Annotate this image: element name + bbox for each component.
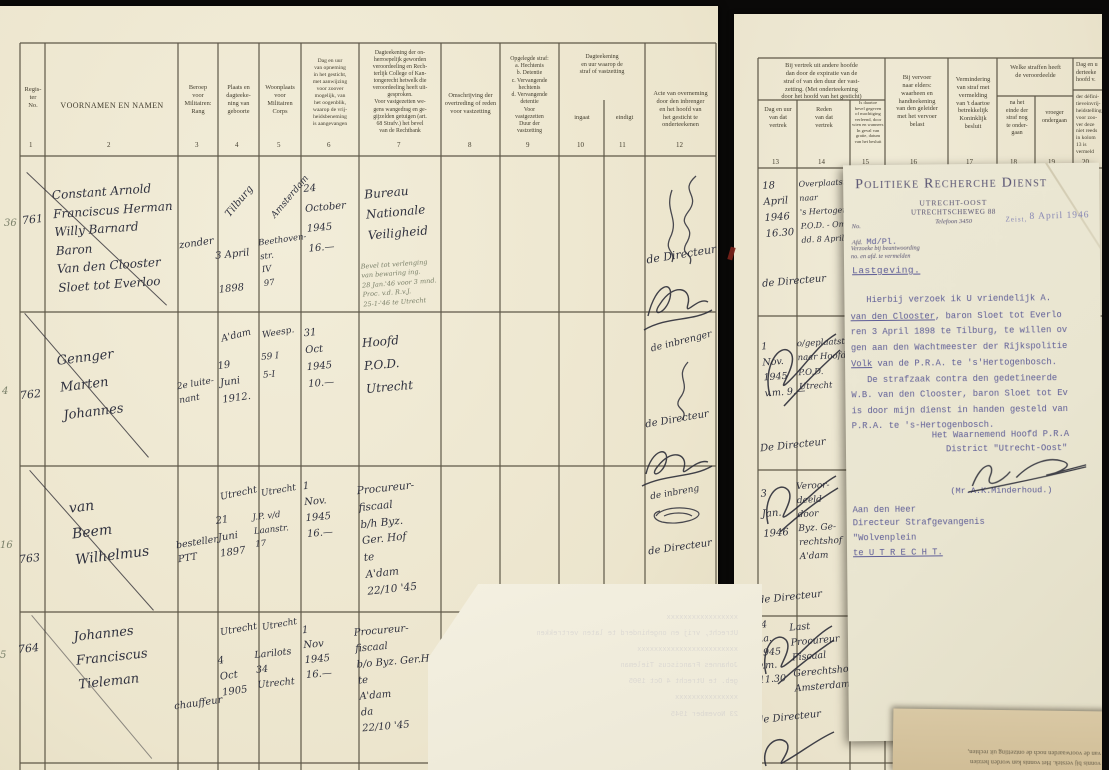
header-col-16: Bij vervoer naar elders: waarheen en han… xyxy=(887,74,947,129)
letter-body-line: van de P.R.A. te 's'Hertogenbosch. xyxy=(872,357,1057,369)
signature-minderhoud xyxy=(962,451,1090,496)
col-number-14: 14 xyxy=(818,158,825,166)
row-761-woonplaats: Beethoven- str. IV 97 xyxy=(257,231,313,292)
col-number-13: 13 xyxy=(772,158,779,166)
row-763-woonplaats: J.P. v/d Laanstr. 17 xyxy=(252,508,291,552)
col-number-4: 4 xyxy=(235,141,239,149)
bleed-through-text: xxxxxxxxxxxxxxxxx Utrecht, vrij en ongeh… xyxy=(468,610,738,723)
row-764-names: Johannes Franciscus Tieleman xyxy=(72,618,151,697)
row-764-woonplaats: Larilots 34 Utrecht xyxy=(254,644,296,693)
margin-number: 5 xyxy=(0,650,6,661)
header-col-3: Beroep voor Militairen: Rang xyxy=(179,84,217,115)
letter-body-line: Hierbij verzoek ik U vriendelijk A. xyxy=(850,291,1067,309)
signature-scrawl-762 xyxy=(662,358,702,422)
brown-paper-slip: van de voorwaarden noch de ontzetting ui… xyxy=(893,708,1109,770)
col-number-10: 10 xyxy=(577,141,584,149)
header-col-9: Opgelegde straf: a. Hechtenis b. Detenti… xyxy=(501,56,558,136)
col-number-12: 12 xyxy=(676,141,683,149)
header-col-8: Omschrijving der overtreding of reden vo… xyxy=(442,92,499,116)
header-col-6: Dag en uur van opneming in het gesticht,… xyxy=(302,58,358,128)
letter-afd-value: Md/Pl. xyxy=(866,237,897,247)
blank-overlay-sheet: xxxxxxxxxxxxxxxxx Utrecht, vrij en ongeh… xyxy=(428,584,762,770)
header-col-11: eindigt xyxy=(605,114,644,122)
col-number-2: 2 xyxy=(107,141,111,149)
header-col-10-11: Dagteekening en uur waarop de straf of v… xyxy=(560,54,644,77)
row-761-potloodnotitie: Bevel tot verlenging van bewaring ing. 2… xyxy=(360,257,438,309)
letter-place: Zeist, xyxy=(1006,215,1028,223)
register-no: 764 xyxy=(17,641,39,656)
signature-bever-762 xyxy=(638,438,714,490)
header-col-2: VOORNAMEN EN NAMEN xyxy=(47,101,177,111)
row-761-names: Constant Arnold Franciscus Herman Willy … xyxy=(51,178,178,298)
letter-body-line: W.B. van den Clooster, baron Sloet tot E… xyxy=(851,386,1068,404)
margin-number: 4 xyxy=(2,386,8,397)
letter-addr-line: "Wolvenplein xyxy=(853,533,916,544)
header-col-7: Dagteekening der on- herroepelijk geword… xyxy=(360,50,440,135)
row-762-names: Gennger Marten Johannes xyxy=(55,341,125,430)
signature-beij-764-right xyxy=(752,730,836,770)
col-number-6: 6 xyxy=(327,141,331,149)
margin-number: 36 xyxy=(4,218,17,229)
register-no: 762 xyxy=(19,387,41,402)
header-col-17: Vermindering van straf met vermelding va… xyxy=(950,76,996,131)
row-762-woonplaats: 59 I 5-I xyxy=(260,347,282,385)
letter-afd-label: Afd. xyxy=(852,239,863,246)
header-col-12: Acte van overneming door den inbrenger e… xyxy=(646,90,715,129)
col-number-9: 9 xyxy=(526,141,530,149)
margin-number: 16 xyxy=(0,540,13,551)
row-761-vertrek-dag: 18 April 1946 16.30 xyxy=(762,177,795,243)
header-group-13-15: Bij vertrek uit andere hoofde dan door d… xyxy=(760,62,883,101)
letter-body-line: is door mijn dienst in handen gesteld va… xyxy=(851,402,1068,420)
letterhead-org: Politieke Recherche Dienst xyxy=(855,175,1087,193)
letter-date-stamp: 8 April 1946 xyxy=(1029,210,1089,222)
register-no: 761 xyxy=(21,212,43,227)
row-763-opneming: 1 Nov. 1945 16.— xyxy=(302,477,333,543)
header-col-20: der défini- tieveinvrij- heidstelling vo… xyxy=(1076,94,1103,156)
signature-bever-763-right xyxy=(752,618,836,688)
letter-addr-city: te U T R E C H T. xyxy=(853,547,1003,559)
col-number-3: 3 xyxy=(195,141,199,149)
signature-circled-763 xyxy=(648,502,706,530)
letter-body-underlined: van den Clooster xyxy=(851,311,936,322)
col-number-7: 7 xyxy=(397,141,401,149)
signature-bever-762-right xyxy=(756,470,840,536)
header-col-18: na het einde der straf nog te onder- gaa… xyxy=(1000,100,1034,138)
header-col-19: vroeger ondergaan xyxy=(1037,110,1072,125)
signature-beijers-761 xyxy=(640,272,714,336)
slip-text-line: vonnis bij verstek. Het vonnis kan worde… xyxy=(901,755,1101,768)
header-col-4: Plaats en dagteeke- ning van geboorte xyxy=(219,84,258,115)
header-col-18-19: Welke straffen heeft de veroordeelde xyxy=(999,64,1072,80)
header-col-14: Reden van dat vertrek xyxy=(800,106,848,129)
row-764-opneming: 1 Nov 1945 16.— xyxy=(301,621,332,683)
header-col-5: Woonplaats voor Militairen Corps xyxy=(260,84,300,115)
typed-letter: Politieke Recherche Dienst UTRECHT-OOST … xyxy=(843,163,1105,742)
row-761-opneming: 24 October 1945 16.— xyxy=(303,176,351,259)
scan-edge-black-band xyxy=(1102,0,1109,770)
letter-body-line: , baron Sloet tot Everlo xyxy=(935,310,1062,321)
letter-closing-role: Het Waarnemend Hoofd P.R.A xyxy=(932,429,1069,440)
letter-subject: Lastgeving. xyxy=(852,265,920,277)
header-col-1: Regis- ter No. xyxy=(21,86,45,110)
signature-beijers-761-right xyxy=(756,326,842,412)
col-number-11: 11 xyxy=(619,141,626,149)
register-no: 763 xyxy=(18,551,40,566)
row-761-geboortedatum: 3 April 1898 xyxy=(214,236,255,307)
col-number-5: 5 xyxy=(277,141,281,149)
row-763-veroordeling: Procureur- fiscaal b/h Byz. Ger. Hof te … xyxy=(356,477,426,600)
header-col-10: ingaat xyxy=(561,114,603,122)
letter-addr-line: Aan den Heer xyxy=(853,503,917,519)
letter-addr-line: Directeur Strafgevangenis xyxy=(853,517,985,528)
header-col-20-top: Dag en u derteeke hoofd v. xyxy=(1076,62,1103,85)
row-761-veroordeling: Bureau Nationale Veiligheid xyxy=(363,179,428,245)
letter-body-line: ren 3 April 1898 te Tilburg, te willen o… xyxy=(851,323,1068,341)
signature-scrawl-761 xyxy=(658,172,710,268)
header-col-15: Is daartoe bevel gegeven of machtiging v… xyxy=(852,100,884,144)
letter-body-underlined: Volk xyxy=(851,359,872,369)
scanned-register-page: Regis- ter No. VOORNAMEN EN NAMEN Beroep… xyxy=(0,0,1109,770)
col-number-1: 1 xyxy=(29,141,33,149)
letter-no-label: No. xyxy=(852,223,861,230)
row-762-veroordeling: Hoofd P.O.D. Utrecht xyxy=(361,328,414,400)
header-col-13: Dag en uur van dat vertrek xyxy=(760,106,796,129)
col-number-8: 8 xyxy=(468,141,472,149)
